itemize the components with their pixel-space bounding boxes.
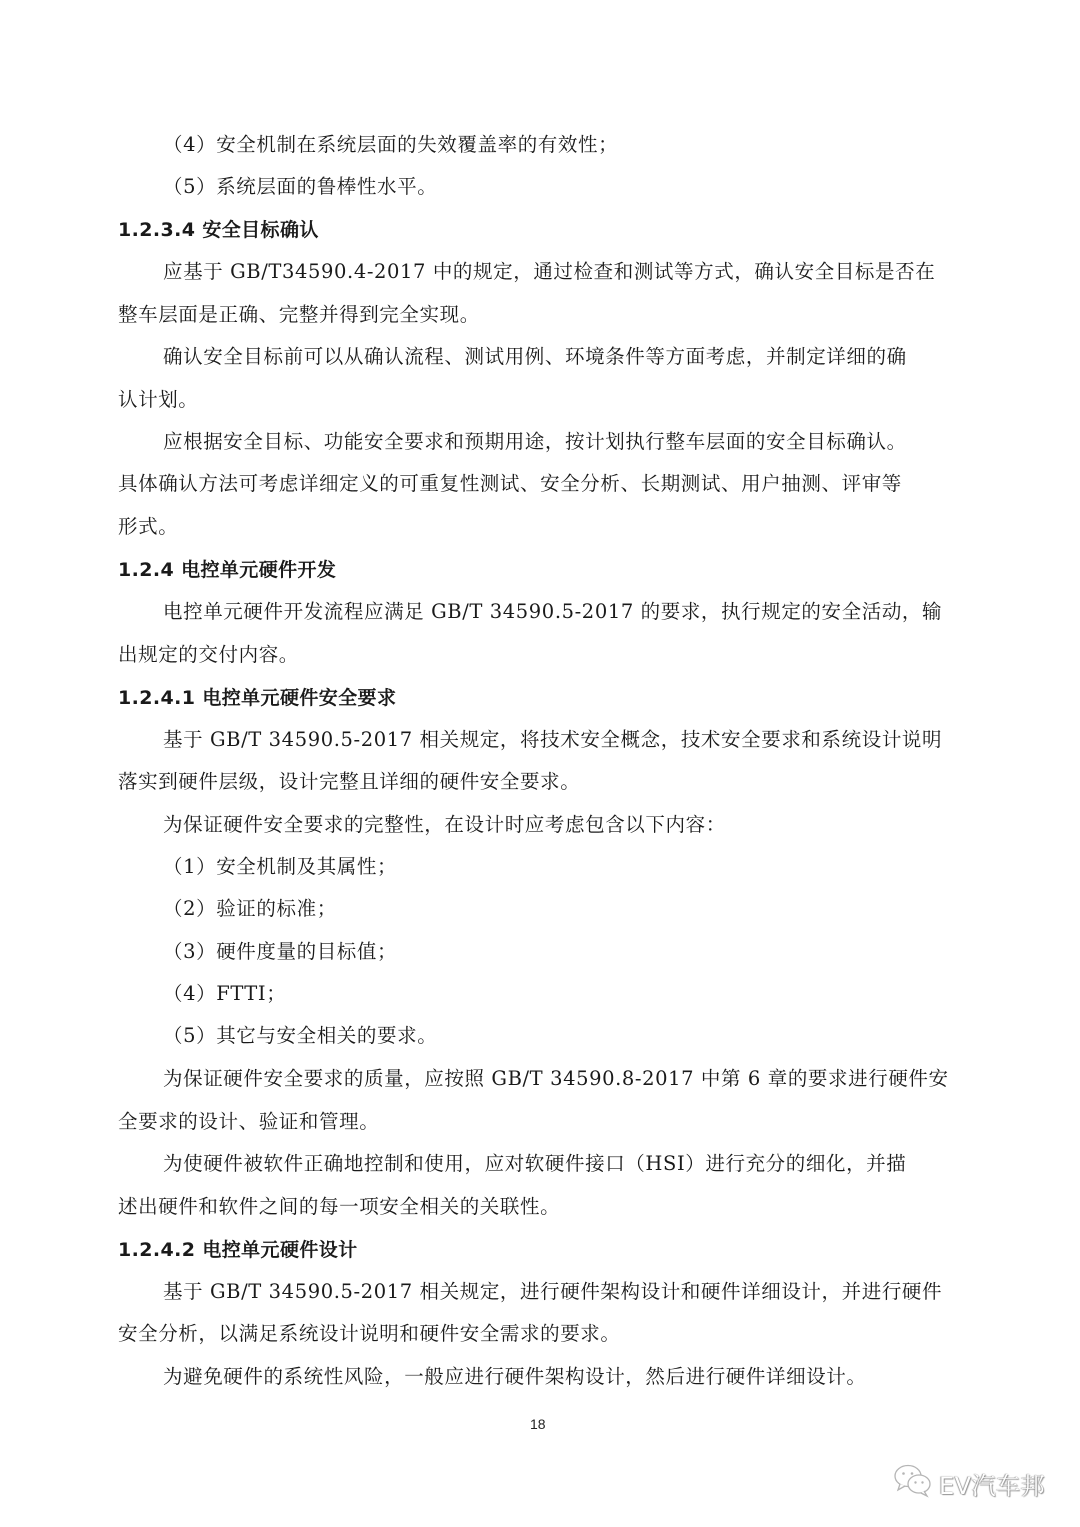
list-item: （4）安全机制在系统层面的失效覆盖率的有效性； <box>163 131 1013 159</box>
paragraph-first-line: 为保证硬件安全要求的质量，应按照 GB/T 34590.8-2017 中第 6 … <box>163 1065 1013 1093</box>
paragraph-line: 落实到硬件层级，设计完整且详细的硬件安全要求。 <box>118 768 968 796</box>
list-item: （2）验证的标准； <box>163 895 1013 923</box>
list-item: （5）系统层面的鲁棒性水平。 <box>163 173 1013 201</box>
document-page: （4）安全机制在系统层面的失效覆盖率的有效性；（5）系统层面的鲁棒性水平。1.2… <box>0 0 1080 1527</box>
list-item: （4）FTTI； <box>163 980 1013 1008</box>
wechat-icon <box>893 1463 933 1503</box>
paragraph-first-line: 应根据安全目标、功能安全要求和预期用途，按计划执行整车层面的安全目标确认。 <box>163 428 1013 456</box>
paragraph-line: 出规定的交付内容。 <box>118 641 968 669</box>
paragraph-first-line: 电控单元硬件开发流程应满足 GB/T 34590.5-2017 的要求，执行规定… <box>163 598 1013 626</box>
section-heading: 1.2.4 电控单元硬件开发 <box>118 556 968 584</box>
paragraph-line: 形式。 <box>118 513 968 541</box>
paragraph-first-line: 为保证硬件安全要求的完整性，在设计时应考虑包含以下内容： <box>163 811 1013 839</box>
page-number: 18 <box>530 1416 546 1432</box>
paragraph-first-line: 基于 GB/T 34590.5-2017 相关规定，将技术安全概念，技术安全要求… <box>163 726 1013 754</box>
section-heading: 1.2.3.4 安全目标确认 <box>118 216 968 244</box>
paragraph-line: 整车层面是正确、完整并得到完全实现。 <box>118 301 968 329</box>
section-heading: 1.2.4.2 电控单元硬件设计 <box>118 1236 968 1264</box>
watermark-text: EV汽车邦 <box>939 1466 1045 1501</box>
paragraph-first-line: 为避免硬件的系统性风险，一般应进行硬件架构设计，然后进行硬件详细设计。 <box>163 1363 1013 1391</box>
watermark: EV汽车邦 <box>893 1463 1045 1503</box>
paragraph-line: 述出硬件和软件之间的每一项安全相关的关联性。 <box>118 1193 968 1221</box>
list-item: （5）其它与安全相关的要求。 <box>163 1022 1013 1050</box>
list-item: （3）硬件度量的目标值； <box>163 938 1013 966</box>
section-heading: 1.2.4.1 电控单元硬件安全要求 <box>118 684 968 712</box>
paragraph-first-line: 为使硬件被软件正确地控制和使用，应对软硬件接口（HSI）进行充分的细化，并描 <box>163 1150 1013 1178</box>
paragraph-line: 全要求的设计、验证和管理。 <box>118 1108 968 1136</box>
paragraph-line: 具体确认方法可考虑详细定义的可重复性测试、安全分析、长期测试、用户抽测、评审等 <box>118 470 968 498</box>
list-item: （1）安全机制及其属性； <box>163 853 1013 881</box>
paragraph-line: 认计划。 <box>118 386 968 414</box>
paragraph-first-line: 应基于 GB/T34590.4-2017 中的规定，通过检查和测试等方式，确认安… <box>163 258 1013 286</box>
paragraph-first-line: 确认安全目标前可以从确认流程、测试用例、环境条件等方面考虑，并制定详细的确 <box>163 343 1013 371</box>
paragraph-first-line: 基于 GB/T 34590.5-2017 相关规定，进行硬件架构设计和硬件详细设… <box>163 1278 1013 1306</box>
paragraph-line: 安全分析，以满足系统设计说明和硬件安全需求的要求。 <box>118 1320 968 1348</box>
